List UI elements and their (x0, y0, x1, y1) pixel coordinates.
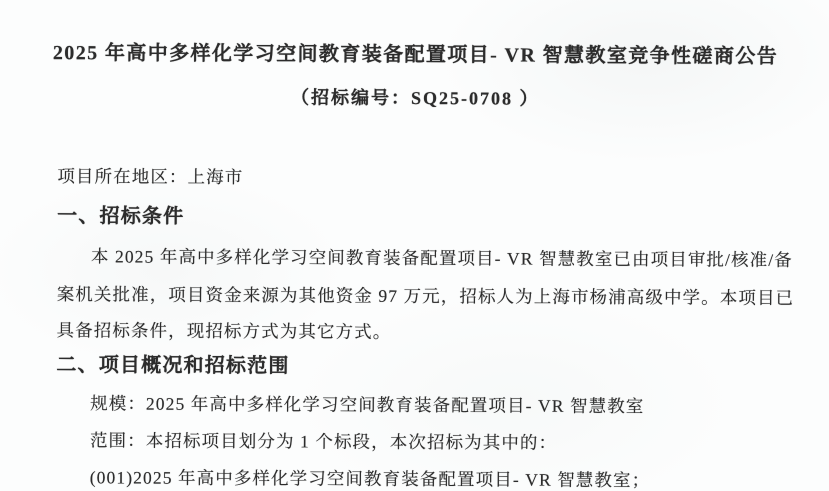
section-1-heading: 一、招标条件 (57, 199, 184, 229)
document-sheet: 2025 年高中多样化学习空间教育装备配置项目- VR 智慧教室竞争性磋商公告 … (0, 0, 829, 491)
document-title: 2025 年高中多样化学习空间教育装备配置项目- VR 智慧教室竞争性磋商公告 (1, 36, 829, 69)
scanned-document-page: 2025 年高中多样化学习空间教育装备配置项目- VR 智慧教室竞争性磋商公告 … (0, 0, 829, 491)
project-location-line: 项目所在地区：上海市 (57, 163, 243, 189)
section-1-paragraph-line-1: 本 2025 年高中多样化学习空间教育装备配置项目- VR 智慧教室已由项目审批… (91, 243, 793, 272)
lot-001-line: (001)2025 年高中多样化学习空间教育装备配置项目- VR 智慧教室； (90, 464, 651, 491)
project-scale-line: 规模：2025 年高中多样化学习空间教育装备配置项目- VR 智慧教室 (90, 390, 644, 418)
section-1-paragraph-line-3: 具备招标条件，现招标方式为其它方式。 (56, 317, 391, 344)
project-scope-line: 范围：本招标项目划分为 1 个标段，本次招标为其中的： (90, 427, 557, 454)
tender-number-line: （招标编号：SQ25-0708 ） (1, 82, 829, 112)
section-1-paragraph-line-2: 案机关批准，项目资金来源为其他资金 97 万元，招标人为上海市杨浦高级中学。本项… (57, 281, 795, 310)
section-2-heading: 二、项目概况和招标范围 (56, 348, 289, 378)
